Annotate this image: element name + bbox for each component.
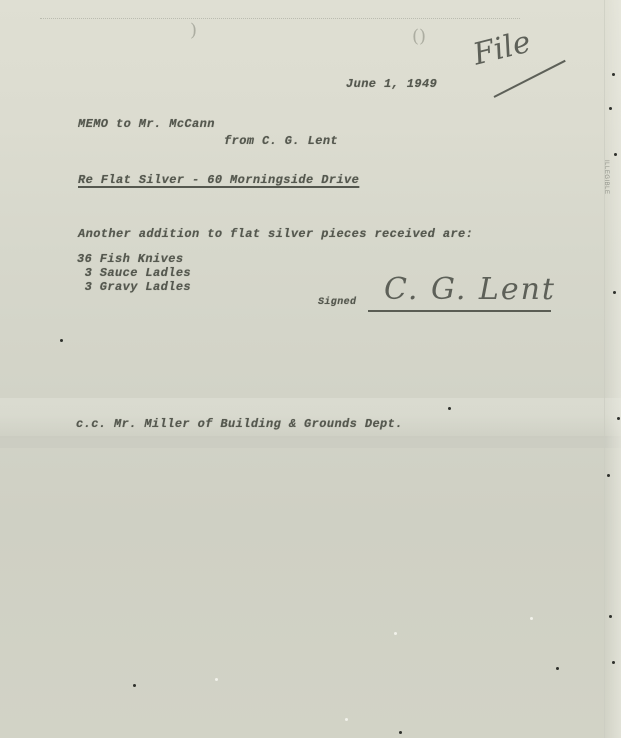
ghost-mark: ()	[412, 26, 426, 47]
ghost-mark: )	[190, 20, 197, 41]
scan-speck	[215, 678, 218, 681]
scan-speck	[609, 107, 612, 110]
scan-speck	[60, 339, 63, 342]
scan-speck	[613, 291, 616, 294]
signature-line	[368, 310, 551, 312]
scan-speck	[448, 407, 451, 410]
scan-speck	[394, 632, 397, 635]
scan-speck	[617, 417, 620, 420]
scan-speck	[607, 474, 610, 477]
memo-intro: Another addition to flat silver pieces r…	[78, 227, 473, 241]
memo-recipient: MEMO to Mr. McCann	[78, 117, 215, 131]
carbon-copy-line: c.c. Mr. Miller of Building & Grounds De…	[76, 417, 403, 431]
list-item: 3 Sauce Ladles	[77, 266, 191, 280]
scan-speck	[530, 617, 533, 620]
memo-page: ) () June 1, 1949 File MEMO to Mr. McCan…	[0, 0, 621, 738]
memo-sender: from C. G. Lent	[224, 134, 338, 148]
page-right-edge	[604, 0, 621, 738]
ghost-typing-line	[40, 18, 520, 21]
scan-speck	[556, 667, 559, 670]
memo-date: June 1, 1949	[346, 77, 437, 91]
scan-speck	[133, 684, 136, 687]
scan-speck	[399, 731, 402, 734]
scan-speck	[609, 615, 612, 618]
scan-speck	[612, 661, 615, 664]
photocopy-band-shadow	[0, 436, 621, 448]
scan-speck	[612, 73, 615, 76]
list-item: 36 Fish Knives	[77, 252, 183, 266]
memo-subject: Re Flat Silver - 60 Morningside Drive	[78, 173, 359, 187]
handwritten-file-annotation: File	[470, 25, 535, 73]
signed-label: Signed	[318, 297, 356, 308]
edge-stamp-text: ILLEGIBLE	[603, 160, 609, 195]
scan-speck	[614, 153, 617, 156]
list-item: 3 Gravy Ladles	[77, 280, 191, 294]
scan-speck	[345, 718, 348, 721]
handwritten-signature: C. G. Lent	[384, 272, 556, 307]
